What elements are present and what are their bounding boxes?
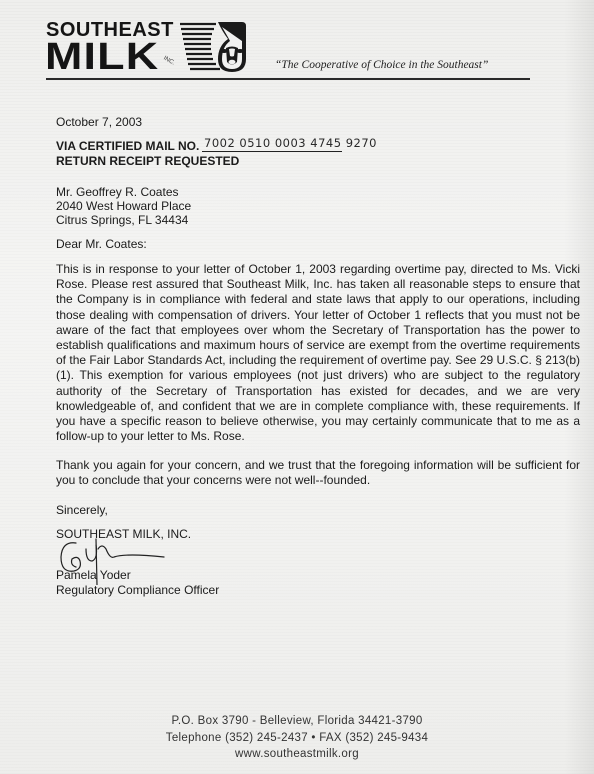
certified-number-handwritten: 7002 0510 0003 4745 9270 — [204, 136, 377, 150]
recipient-street: 2040 West Howard Place — [56, 199, 191, 214]
letter-date: October 7, 2003 — [56, 115, 142, 130]
tagline: “The Cooperative of Choice in the Southe… — [275, 59, 488, 71]
footer-phone-fax: Telephone (352) 245-2437 • FAX (352) 245… — [0, 730, 594, 747]
salutation: Dear Mr. Coates: — [56, 237, 147, 252]
cow-milk-drop-icon — [178, 21, 248, 73]
body-paragraph-1: This is in response to your letter of Oc… — [56, 262, 580, 444]
closing: Sincerely, — [56, 503, 108, 518]
recipient-city-state-zip: Citrus Springs, FL 34434 — [56, 213, 188, 228]
footer-address: P.O. Box 3790 - Belleview, Florida 34421… — [0, 713, 594, 730]
letterhead-divider — [46, 78, 530, 80]
body-paragraph-2: Thank you again for your concern, and we… — [56, 458, 580, 488]
logo-wordmark-milk: MILK — [45, 38, 159, 76]
certified-mail-label: VIA CERTIFIED MAIL NO. — [56, 139, 199, 154]
signer-title: Regulatory Compliance Officer — [56, 583, 219, 598]
return-receipt-requested: RETURN RECEIPT REQUESTED — [56, 154, 239, 169]
footer-website: www.southeastmilk.org — [0, 746, 594, 763]
recipient-name: Mr. Geoffrey R. Coates — [56, 185, 179, 200]
signer-name: Pamela Yoder — [56, 568, 131, 583]
